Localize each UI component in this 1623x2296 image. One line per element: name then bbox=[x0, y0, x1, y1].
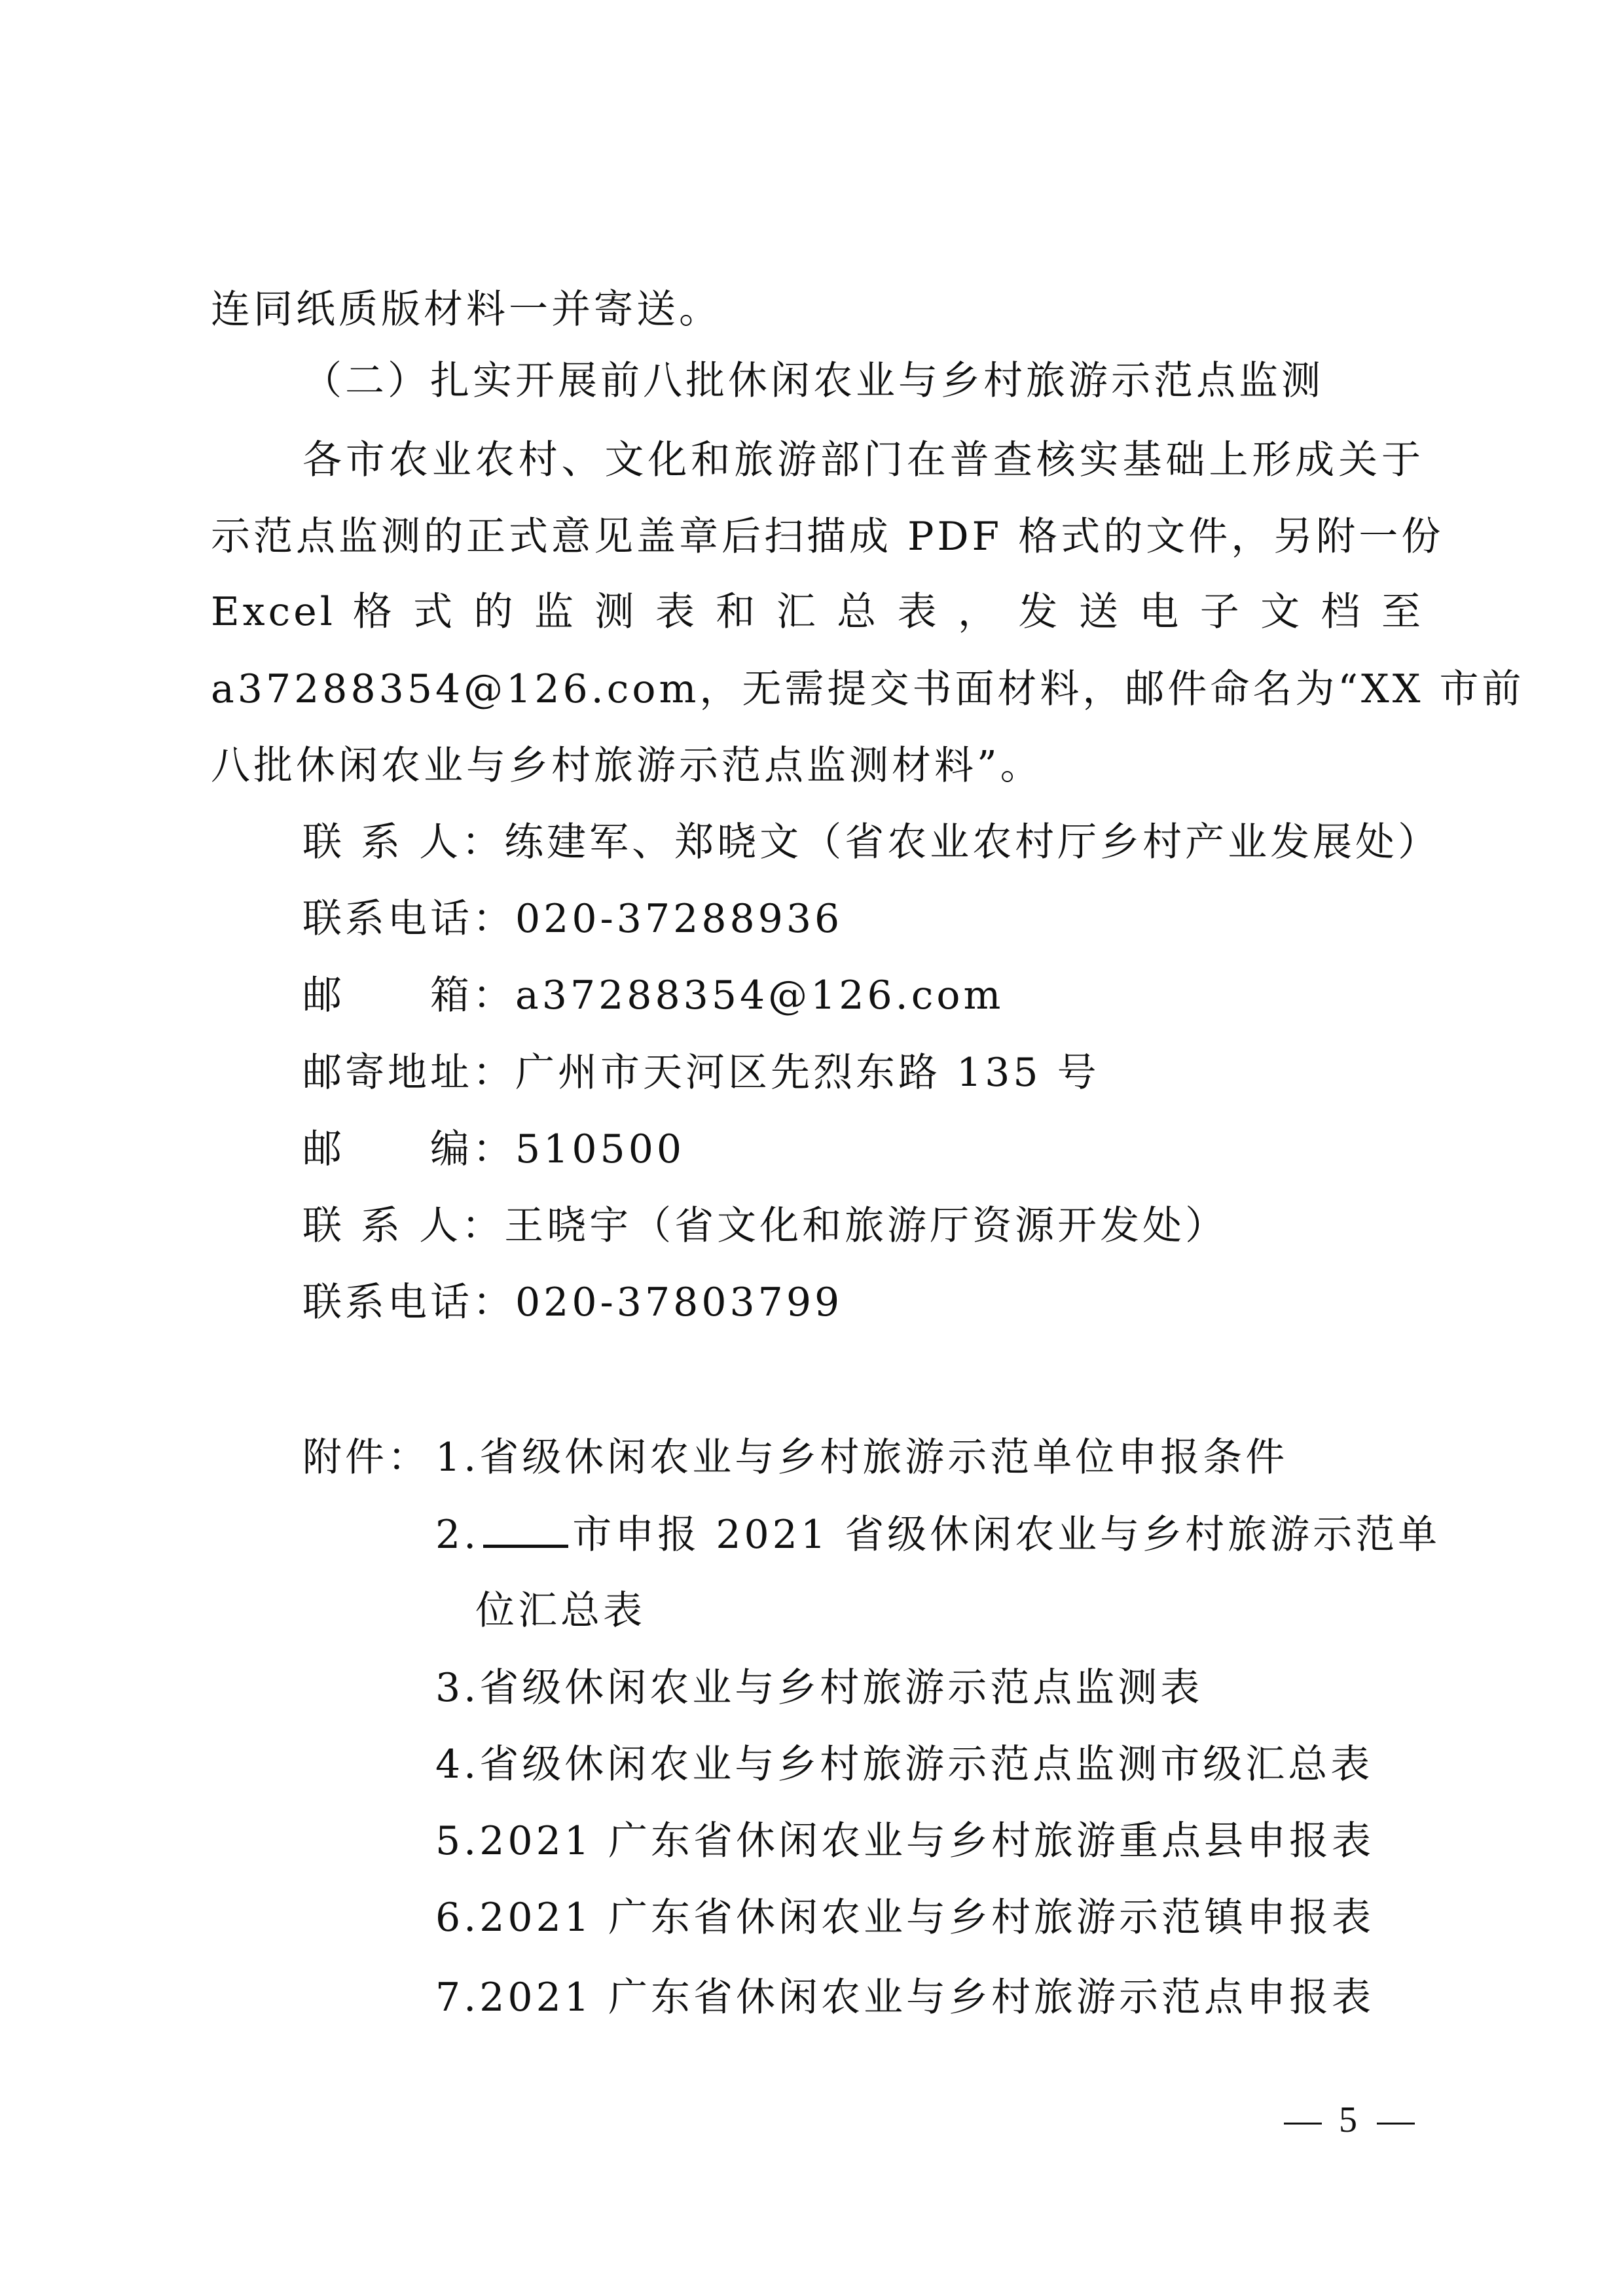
contact-label: 联 系 人： bbox=[302, 819, 504, 865]
paragraph-line: 示范点监测的正式意见盖章后扫描成 PDF 格式的文件，另附一份 bbox=[211, 513, 1424, 560]
attachment-title: 省级休闲农业与乡村旅游示范点监测市级汇总表 bbox=[479, 1742, 1373, 1787]
attachment-number: 5. bbox=[435, 1818, 479, 1864]
email-value: a37288354@126.com bbox=[515, 973, 1004, 1018]
page-number-value: 5 bbox=[1339, 2100, 1360, 2140]
attachment-title: 2021 广东省休闲农业与乡村旅游示范镇申报表 bbox=[479, 1895, 1374, 1941]
attachment-item-continuation: 位汇总表 bbox=[475, 1587, 646, 1634]
section-heading: （二）扎实开展前八批休闲农业与乡村旅游示范点监测 bbox=[302, 357, 1324, 404]
dash-decoration bbox=[1377, 2123, 1415, 2125]
contact-label: 邮寄地址： bbox=[302, 1050, 515, 1096]
attachment-title: 2021 广东省休闲农业与乡村旅游示范点申报表 bbox=[479, 1975, 1374, 2020]
contact-row: 邮寄地址：广州市天河区先烈东路 135 号 bbox=[302, 1049, 1100, 1096]
contact-label: 联系电话： bbox=[302, 1280, 515, 1325]
attachment-item: 2.市申报 2021 省级休闲农业与乡村旅游示范单 bbox=[435, 1511, 1440, 1558]
phone-value: 020-37288936 bbox=[515, 896, 843, 942]
attachment-number: 6. bbox=[435, 1895, 479, 1941]
attachment-item: 3.省级休闲农业与乡村旅游示范点监测表 bbox=[435, 1664, 1203, 1712]
email-link: a37288354@126.com，无需提交书面材料，邮件命名为“XX 市前 bbox=[211, 666, 1424, 713]
contact-row: 联系电话：020-37288936 bbox=[302, 895, 843, 942]
contact-label: 邮 箱： bbox=[302, 973, 515, 1018]
fill-in-blank bbox=[483, 1511, 568, 1548]
postcode-value: 510500 bbox=[515, 1126, 685, 1172]
attachment-item: 5.2021 广东省休闲农业与乡村旅游重点县申报表 bbox=[435, 1818, 1374, 1865]
attachment-title: 市申报 2021 省级休闲农业与乡村旅游示范单 bbox=[572, 1512, 1440, 1558]
attachment-item: 4.省级休闲农业与乡村旅游示范点监测市级汇总表 bbox=[435, 1741, 1373, 1788]
dash-decoration bbox=[1284, 2123, 1322, 2125]
phone-value: 020-37803799 bbox=[515, 1280, 843, 1325]
contact-row: 邮 编：510500 bbox=[302, 1126, 685, 1173]
attachments-label: 附件： bbox=[302, 1434, 430, 1481]
page-number: 5 bbox=[1267, 2100, 1432, 2140]
contact-row: 联 系 人：练建军、郑晓文（省农业农村厅乡村产业发展处） bbox=[302, 819, 1440, 866]
attachment-title: 省级休闲农业与乡村旅游示范单位申报条件 bbox=[479, 1435, 1288, 1480]
attachment-item: 6.2021 广东省休闲农业与乡村旅游示范镇申报表 bbox=[435, 1894, 1374, 1941]
attachment-number: 4. bbox=[435, 1742, 479, 1787]
contact-row: 邮 箱：a37288354@126.com bbox=[302, 972, 1004, 1019]
contact-row: 联系电话：020-37803799 bbox=[302, 1279, 843, 1326]
paragraph-line: 各市农业农村、文化和旅游部门在普查核实基础上形成关于 bbox=[302, 437, 1424, 484]
attachment-title: 2021 广东省休闲农业与乡村旅游重点县申报表 bbox=[479, 1818, 1374, 1864]
attachment-number: 2. bbox=[435, 1512, 479, 1558]
address-value: 广州市天河区先烈东路 135 号 bbox=[515, 1050, 1100, 1096]
contact-label: 邮 编： bbox=[302, 1126, 515, 1172]
attachment-number: 3. bbox=[435, 1665, 479, 1711]
attachment-number: 1. bbox=[435, 1435, 479, 1480]
attachment-item: 7.2021 广东省休闲农业与乡村旅游示范点申报表 bbox=[435, 1974, 1374, 2021]
contact-label: 联系电话： bbox=[302, 896, 515, 942]
contact-label: 联 系 人： bbox=[302, 1203, 504, 1249]
attachment-title: 省级休闲农业与乡村旅游示范点监测表 bbox=[479, 1665, 1203, 1711]
attachment-item: 1.省级休闲农业与乡村旅游示范单位申报条件 bbox=[435, 1434, 1288, 1481]
contact-row: 联 系 人：王晓宇（省文化和旅游厅资源开发处） bbox=[302, 1202, 1228, 1249]
contact-value: 王晓宇（省文化和旅游厅资源开发处） bbox=[504, 1203, 1228, 1249]
paragraph-line: 八批休闲农业与乡村旅游示范点监测材料”。 bbox=[211, 742, 1043, 789]
paragraph-line: Excel 格 式 的 监 测 表 和 汇 总 表 ， 发 送 电 子 文 档 … bbox=[211, 588, 1424, 636]
contact-value: 练建军、郑晓文（省农业农村厅乡村产业发展处） bbox=[504, 819, 1440, 865]
paragraph-continuation: 连同纸质版材料一并寄送。 bbox=[211, 286, 721, 333]
attachment-number: 7. bbox=[435, 1975, 479, 2020]
